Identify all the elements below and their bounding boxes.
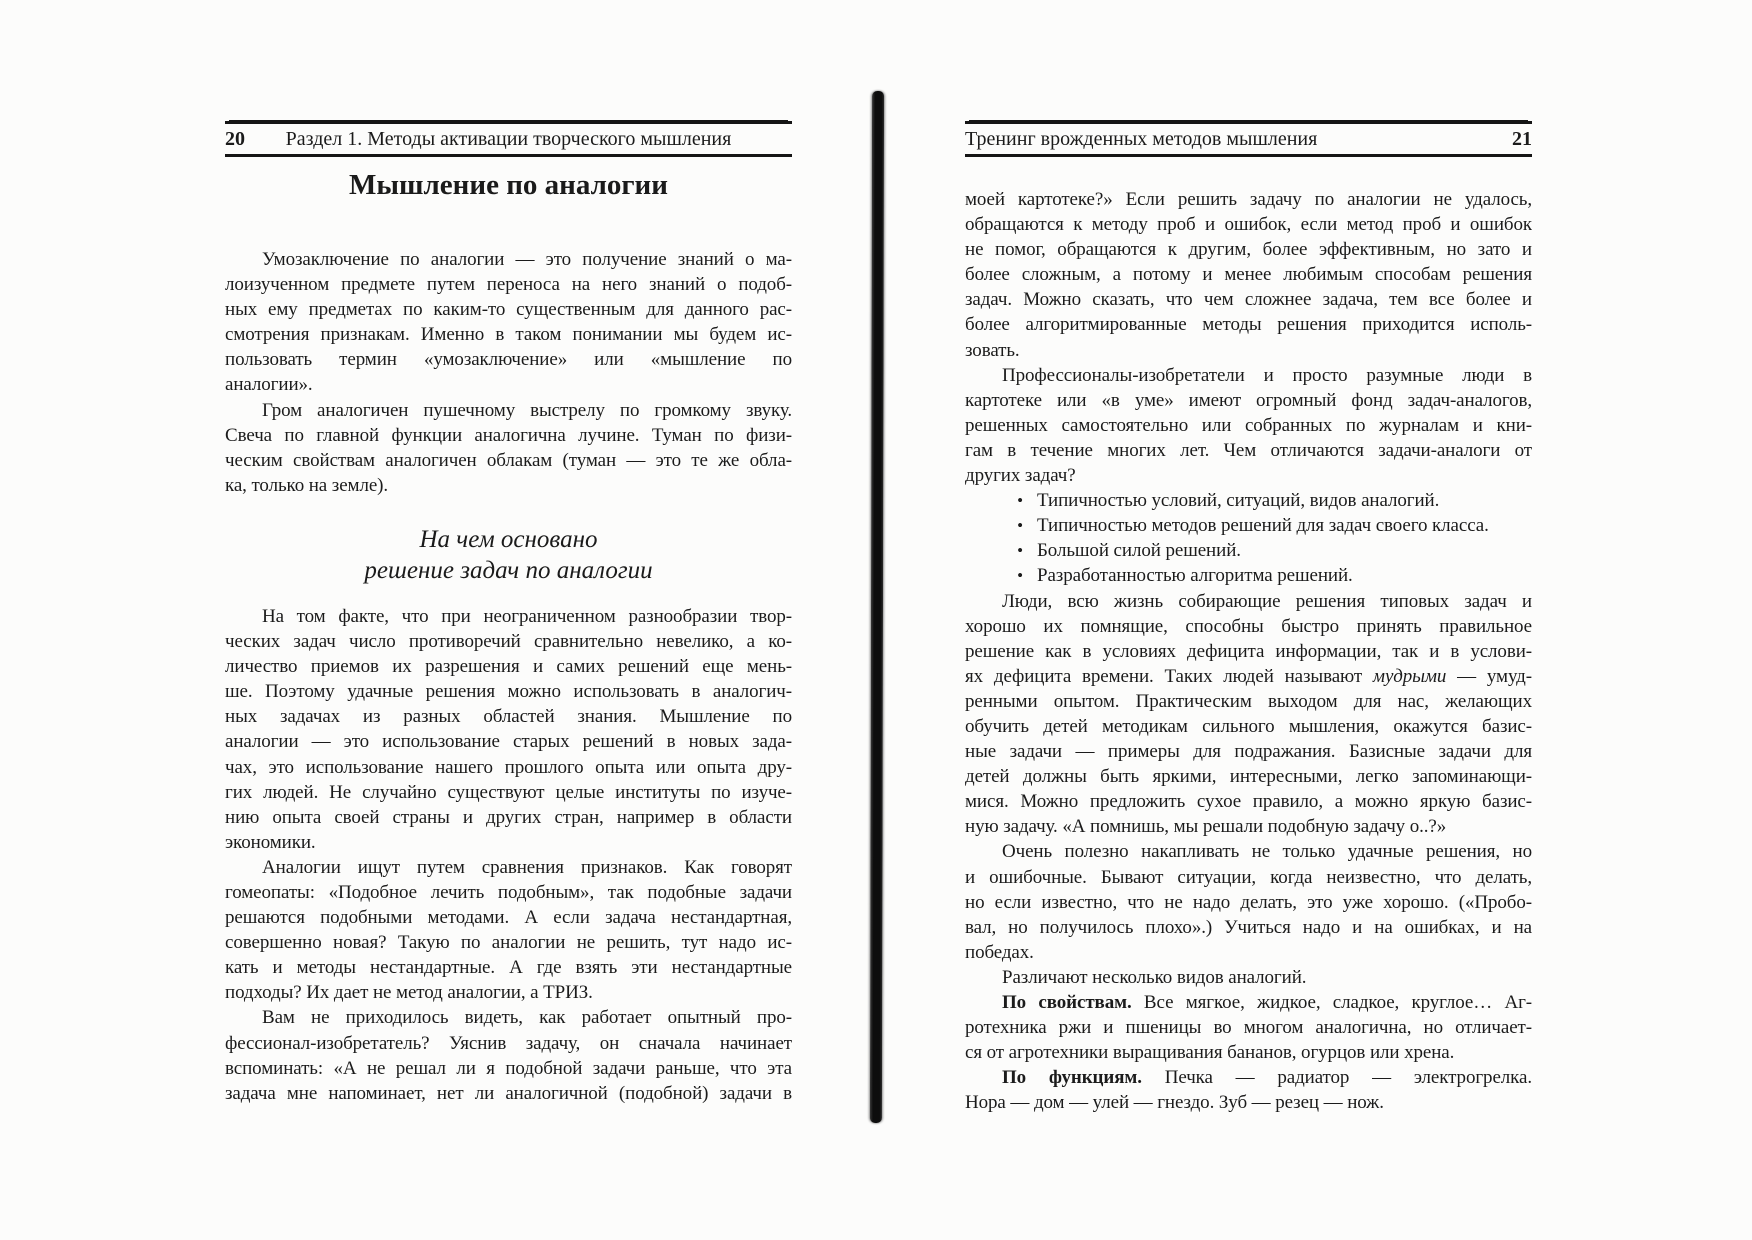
text-line: Свеча по главной функции аналогична лучи… <box>225 423 792 448</box>
text-line: смотрения признакам. Именно в таком пони… <box>225 322 792 347</box>
text-line: хорошо их помнящие, способны быстро прин… <box>965 614 1532 639</box>
text-line: ротехника ржи и пшеницы во многом аналог… <box>965 1015 1532 1040</box>
text-line: вспоминать: «А не решал ли я подобной за… <box>225 1056 792 1081</box>
text-line: вал, но получилось плохо».) Учиться надо… <box>965 915 1532 940</box>
text-line: фессионал-изобретатель? Уяснив задачу, о… <box>225 1031 792 1056</box>
section-title: Мышление по аналогии <box>225 167 792 203</box>
text-line: совершенно новая? Такую по аналогии не р… <box>225 930 792 955</box>
text-line: Очень полезно накапливать не только удач… <box>965 839 1532 864</box>
running-title: Тренинг врожденных методов мышления <box>965 128 1488 151</box>
subheading-line: решение задач по аналогии <box>225 555 792 586</box>
text-line: задач. Можно сказать, что чем сложнее за… <box>965 287 1532 312</box>
text-line: задача мне напоминает, нет ли аналогично… <box>225 1081 792 1106</box>
text-line: личество приемов их разрешения и самих р… <box>225 654 792 679</box>
bullet-text: Разработанностью алгоритма решений. <box>1037 563 1532 588</box>
text-line: ческих задач число противоречий сравните… <box>225 629 792 654</box>
text-line: По функциям. Печка — радиатор — электрог… <box>965 1065 1532 1090</box>
text-line: и ошибочные. Бывают ситуации, когда неиз… <box>965 865 1532 890</box>
paragraph: Очень полезно накапливать не только удач… <box>965 839 1532 964</box>
text-line: Гром аналогичен пушечному выстрелу по гр… <box>225 398 792 423</box>
text-line: ше. Поэтому удачные решения можно исполь… <box>225 679 792 704</box>
text-line: ных задачах из разных областей знания. М… <box>225 704 792 729</box>
subheading-line: На чем основано <box>225 524 792 555</box>
text-line: ка, только на земле). <box>225 473 792 498</box>
running-title: Раздел 1. Методы активации творческого м… <box>269 128 748 151</box>
text-line: но если известно, что не надо делать, эт… <box>965 890 1532 915</box>
bullet-item: •Типичностью методов решений для задач с… <box>965 513 1532 538</box>
text-line: гих людей. Не случайно существуют целые … <box>225 780 792 805</box>
text-line: обучить детей методикам сильного мышлени… <box>965 714 1532 739</box>
text-line: моей картотеке?» Если решить задачу по а… <box>965 187 1532 212</box>
text-line: лоизученном предмете путем переноса на н… <box>225 272 792 297</box>
bullet-item: •Разработанностью алгоритма решений. <box>965 563 1532 588</box>
text-line: Вам не приходилось видеть, как работает … <box>225 1005 792 1030</box>
text-line: пользовать термин «умозаключение» или «м… <box>225 347 792 372</box>
text-line: не помог, обращаются к другим, более эфф… <box>965 237 1532 262</box>
text-line: картотеке или «в уме» имеют огромный фон… <box>965 388 1532 413</box>
page-number: 21 <box>1488 128 1532 151</box>
text-line: Люди, всю жизнь собирающие решения типов… <box>965 589 1532 614</box>
text-line: зовать. <box>965 338 1532 363</box>
text-line: ях дефицита времени. Таких людей называю… <box>965 664 1532 689</box>
paragraph: Аналогии ищут путем сравнения признаков.… <box>225 855 792 1006</box>
text-line: По свойствам. Все мягкое, жидкое, сладко… <box>965 990 1532 1015</box>
paragraph: Люди, всю жизнь собирающие решения типов… <box>965 589 1532 840</box>
text-line: Нора — дом — улей — гнездо. Зуб — резец … <box>965 1090 1532 1115</box>
text-line: решаются подобными методами. А если зада… <box>225 905 792 930</box>
left-page: 20 Раздел 1. Методы активации творческог… <box>225 121 792 1106</box>
text-line: решенных самостоятельно или собранных по… <box>965 413 1532 438</box>
text-line: решение как в условиях дефицита информац… <box>965 639 1532 664</box>
text-line: аналогии — это использование старых реше… <box>225 729 792 754</box>
subheading: На чем основанорешение задач по аналогии <box>225 524 792 586</box>
text-line: аналогии». <box>225 372 792 397</box>
page-header: 20 Раздел 1. Методы активации творческог… <box>225 121 792 157</box>
bullet-icon: • <box>965 538 1037 563</box>
text-line: Аналогии ищут путем сравнения признаков.… <box>225 855 792 880</box>
paragraph: По функциям. Печка — радиатор — электрог… <box>965 1065 1532 1115</box>
text-line: ные задачи — примеры для подражания. Баз… <box>965 739 1532 764</box>
text-line: Различают несколько видов аналогий. <box>965 965 1532 990</box>
paragraph: Различают несколько видов аналогий. <box>965 965 1532 990</box>
text-line: На том факте, что при неограниченном раз… <box>225 604 792 629</box>
text-line: мися. Можно предложить сухое правило, а … <box>965 789 1532 814</box>
page-number: 20 <box>225 128 269 151</box>
text-line: гомеопаты: «Подобное лечить подобным», т… <box>225 880 792 905</box>
paragraph: Гром аналогичен пушечному выстрелу по гр… <box>225 398 792 498</box>
text-line: победах. <box>965 940 1532 965</box>
right-page: Тренинг врожденных методов мышления 21 м… <box>965 121 1532 1115</box>
text-line: кать и методы нестандартные. А где взять… <box>225 955 792 980</box>
text-line: экономики. <box>225 830 792 855</box>
text-line: более сложным, а потому и менее любимым … <box>965 262 1532 287</box>
text-line: ческим свойствам аналогичен облакам (тум… <box>225 448 792 473</box>
text-line: ренными опытом. Практическим выходом для… <box>965 689 1532 714</box>
text-line: обращаются к методу проб и ошибок, если … <box>965 212 1532 237</box>
text-line: Умозаключение по аналогии — это получени… <box>225 247 792 272</box>
bullet-text: Большой силой решений. <box>1037 538 1532 563</box>
paragraph: На том факте, что при неограниченном раз… <box>225 604 792 855</box>
paragraph: Вам не приходилось видеть, как работает … <box>225 1005 792 1105</box>
bullet-item: •Типичностью условий, ситуаций, видов ан… <box>965 488 1532 513</box>
right-page-body: моей картотеке?» Если решить задачу по а… <box>965 157 1532 1115</box>
book-gutter-shadow <box>870 91 884 1123</box>
text-line: ся от агротехники выращивания бананов, о… <box>965 1040 1532 1065</box>
text-line: Профессионалы-изобретатели и просто разу… <box>965 363 1532 388</box>
paragraph: По свойствам. Все мягкое, жидкое, сладко… <box>965 990 1532 1065</box>
bullet-icon: • <box>965 513 1037 538</box>
text-line: гам в течение многих лет. Чем отличаются… <box>965 438 1532 463</box>
paragraph: моей картотеке?» Если решить задачу по а… <box>965 187 1532 363</box>
bullet-text: Типичностью методов решений для задач св… <box>1037 513 1532 538</box>
text-line: ную задачу. «А помнишь, мы решали подобн… <box>965 814 1532 839</box>
bullet-icon: • <box>965 563 1037 588</box>
text-line: более алгоритмированные методы решения п… <box>965 312 1532 337</box>
text-line: ных ему предметах по каким-то существенн… <box>225 297 792 322</box>
bullet-icon: • <box>965 488 1037 513</box>
bullet-list: •Типичностью условий, ситуаций, видов ан… <box>965 488 1532 588</box>
text-line: чах, это использование нашего прошлого о… <box>225 755 792 780</box>
text-line: нию опыта своей страны и других стран, н… <box>225 805 792 830</box>
text-line: других задач? <box>965 463 1532 488</box>
paragraph: Умозаключение по аналогии — это получени… <box>225 247 792 398</box>
page-header: Тренинг врожденных методов мышления 21 <box>965 121 1532 157</box>
text-line: подходы? Их дает не метод аналогии, а ТР… <box>225 980 792 1005</box>
text-line: детей должны быть яркими, интересными, л… <box>965 764 1532 789</box>
left-page-body: Мышление по аналогииУмозаключение по ана… <box>225 167 792 1106</box>
paragraph: Профессионалы-изобретатели и просто разу… <box>965 363 1532 488</box>
bullet-item: •Большой силой решений. <box>965 538 1532 563</box>
bullet-text: Типичностью условий, ситуаций, видов ана… <box>1037 488 1532 513</box>
